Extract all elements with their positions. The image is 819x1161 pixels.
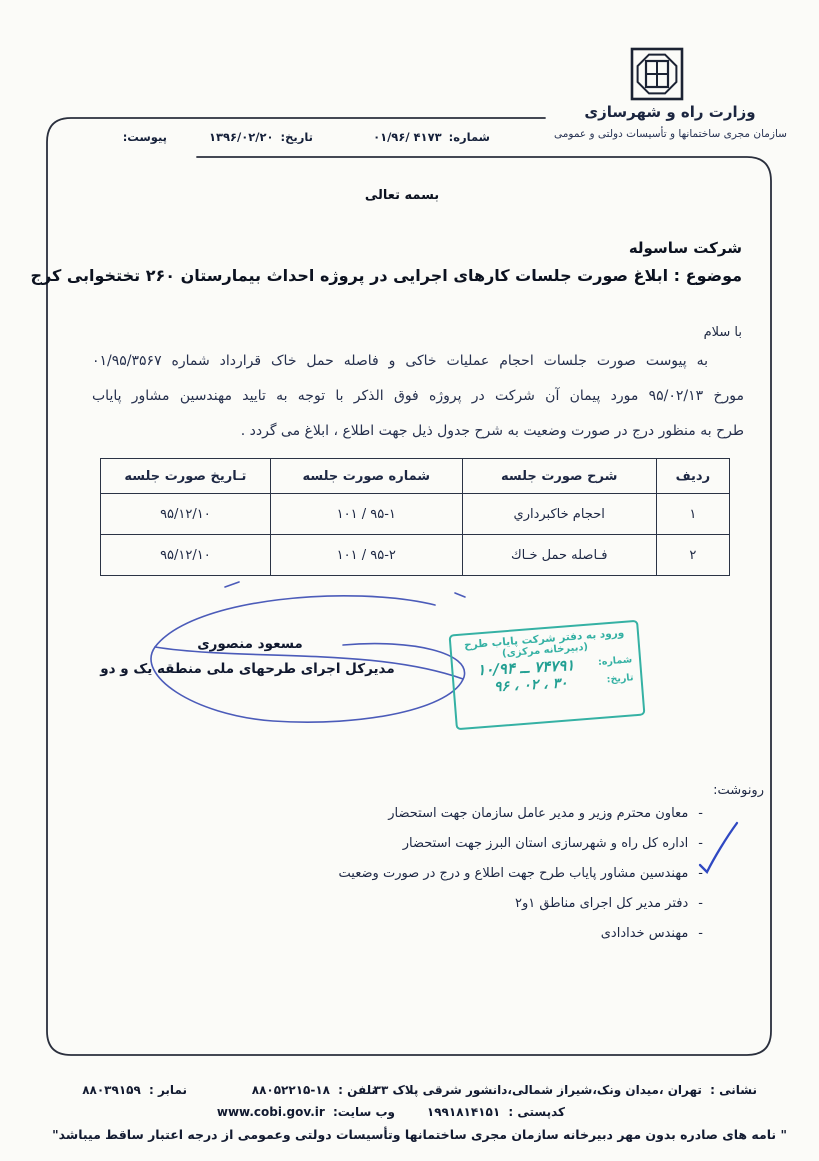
cc-item-text: مهندسین مشاور پایاب طرح جهت اطلاع و درج … (339, 866, 689, 881)
body-line-2: مورخ ۹۵/۰۲/۱۳ مورد پیمان آن شرکت در پروژ… (92, 384, 744, 408)
page-border (0, 0, 819, 1161)
footer-fax: نمابر : ۸۸۰۳۹۱۵۹ (82, 1083, 187, 1097)
cc-item-text: مهندس خدادادی (601, 926, 689, 941)
ministry-name: وزارت راه و شهرسازی (555, 103, 785, 121)
cc-item-text: معاون محترم وزیر و مدیر عامل سازمان جهت … (388, 806, 688, 821)
cell-tarikh: ۹۵/۱۲/۱۰ (101, 494, 271, 535)
attachment-field: پیوست: (112, 130, 167, 144)
cell-sharh: فـاصله حمل خـاك (462, 535, 656, 576)
besmele: بسمه تعالی (352, 188, 452, 203)
fax-label: نمابر : (149, 1083, 187, 1097)
cell-radif: ۱ (656, 494, 729, 535)
checkmark-icon (694, 820, 742, 876)
header-radif: ردیف (656, 459, 729, 494)
recipient: شرکت ساسوله (629, 239, 742, 257)
cc-item: -دفتر مدیر کل اجرای مناطق ۱و۲ (515, 896, 703, 911)
cell-shomareh: ۱۰۱ / ۹۵-۱ (270, 494, 462, 535)
cc-item: -مهندس خدادادی (601, 926, 703, 941)
footer-address: نشانی : تهران ،میدان ونک،شیراز شمالی،دان… (374, 1083, 757, 1097)
table-row: ۲ فـاصله حمل خـاك ۱۰۱ / ۹۵-۲ ۹۵/۱۲/۱۰ (101, 535, 730, 576)
letter-number-field: شماره: ۰۱/۹۶/ ۴۱۷۳ (335, 130, 490, 144)
header-shomareh: شماره صورت جلسه (270, 459, 462, 494)
letter-number-label: شماره: (449, 130, 490, 144)
body-line-3: طرح به منظور درج در صورت وضعیت به شرح جد… (92, 419, 744, 443)
phone-label: تلفن : (338, 1083, 376, 1097)
dash-bullet: - (698, 896, 703, 911)
cell-tarikh: ۹۵/۱۲/۱۰ (101, 535, 271, 576)
minutes-table: ردیف شرح صورت جلسه شماره صورت جلسه تـاری… (100, 458, 730, 576)
cc-item: -معاون محترم وزیر و مدیر عامل سازمان جهت… (388, 806, 703, 821)
salutation: با سلام (704, 325, 742, 340)
address-label: نشانی : (710, 1083, 757, 1097)
ministry-logo (629, 46, 685, 102)
letter-date-value: ۱۳۹۶/۰۲/۲۰ (209, 130, 274, 144)
cc-item: -مهندسین مشاور پایاب طرح جهت اطلاع و درج… (339, 866, 703, 881)
fax-value: ۸۸۰۳۹۱۵۹ (82, 1083, 141, 1097)
document-page: وزارت راه و شهرسازی سازمان مجری ساختمانه… (0, 0, 819, 1161)
letter-date-label: تاریخ: (281, 130, 313, 144)
body-line-1: به پیوست صورت جلسات احجام عملیات خاکی و … (92, 349, 744, 373)
cell-shomareh: ۱۰۱ / ۹۵-۲ (270, 535, 462, 576)
stamp-date-label: تاریخ: (606, 671, 641, 685)
cc-label: رونوشت: (713, 783, 764, 798)
phone-value: ۸۸۰۵۲۲۱۵-۱۸ (252, 1083, 330, 1097)
subject-line: موضوع : ابلاغ صورت جلسات کارهای اجرایی د… (30, 266, 742, 285)
header-sharh: شرح صورت جلسه (462, 459, 656, 494)
table-header-row: ردیف شرح صورت جلسه شماره صورت جلسه تـاری… (101, 459, 730, 494)
received-stamp: ورود به دفتر شرکت پایاب طرح (دبیرخانه مر… (449, 620, 646, 731)
cc-item-text: اداره کل راه و شهرسازی استان البرز جهت ا… (403, 836, 689, 851)
minute-number: ۱۰۱ / ۹۵-۱ (337, 507, 396, 522)
cc-item-text: دفتر مدیر کل اجرای مناطق ۱و۲ (515, 896, 688, 911)
footer-phone: تلفن : ۸۸۰۵۲۲۱۵-۱۸ (252, 1083, 376, 1097)
minute-number: ۱۰۱ / ۹۵-۲ (337, 548, 396, 563)
footer-website: وب سایت: www.cobi.gov.ir (217, 1105, 395, 1119)
header-tarikh: تـاریخ صورت جلسه (101, 459, 271, 494)
website-url: www.cobi.gov.ir (217, 1105, 325, 1119)
postal-label: کدپستی : (508, 1105, 565, 1119)
website-label: وب سایت: (333, 1105, 395, 1119)
address-value: تهران ،میدان ونک،شیراز شمالی،دانشور شرقی… (374, 1083, 702, 1097)
table-row: ۱ احجام خاكبرداري ۱۰۱ / ۹۵-۱ ۹۵/۱۲/۱۰ (101, 494, 730, 535)
cell-radif: ۲ (656, 535, 729, 576)
dash-bullet: - (698, 926, 703, 941)
footer-disclaimer: " نامه های صادره بدون مهر دبیرخانه سازما… (52, 1127, 787, 1142)
signatory-name: مسعود منصوری (190, 636, 310, 652)
footer-postal-code: کدپستی : ۱۹۹۱۸۱۴۱۵۱ (427, 1105, 565, 1119)
postal-value: ۱۹۹۱۸۱۴۱۵۱ (427, 1105, 500, 1119)
signatory-title: مدیرکل اجرای طرحهای ملی منطقه یک و دو (100, 661, 395, 677)
dash-bullet: - (698, 806, 703, 821)
organization-name: سازمان مجری ساختمانها و تأسیسات دولتی و … (528, 128, 813, 140)
stamp-number-label: شماره: (598, 653, 640, 667)
letter-date-field: تاریخ: ۱۳۹۶/۰۲/۲۰ (198, 130, 313, 144)
letter-number-value: ۰۱/۹۶/ ۴۱۷۳ (373, 130, 442, 144)
attachment-label: پیوست: (123, 130, 167, 144)
cell-sharh: احجام خاكبرداري (462, 494, 656, 535)
cc-item: -اداره کل راه و شهرسازی استان البرز جهت … (403, 836, 703, 851)
